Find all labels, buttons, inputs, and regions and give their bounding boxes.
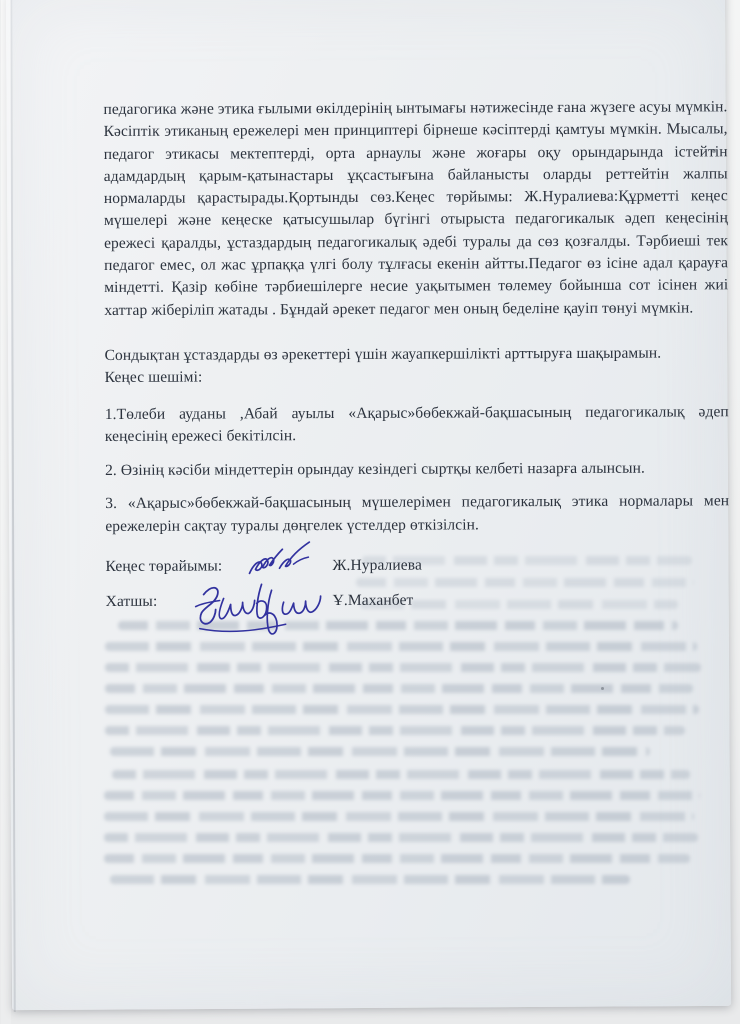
- bleedthrough-line: [105, 705, 699, 714]
- bleedthrough-line: [104, 833, 698, 842]
- paper-speck: [601, 687, 604, 690]
- resolution-intro: Сондықтан ұстаздарды өз әрекеттері үшін …: [105, 342, 729, 367]
- signature-role-chair: Кеңес төрайымы:: [105, 556, 222, 579]
- decision-item-3: 3. «Ақарыс»бөбекжай-бақшасының мүшелерім…: [105, 491, 729, 538]
- signature-block: Кеңес төрайымы: Ж.Нуралиева Хатшы:: [105, 553, 729, 626]
- signature-row-secretary: Хатшы: Ұ.Маханбет: [106, 588, 730, 626]
- bleedthrough-line: [112, 770, 690, 779]
- signature-name-secretary: Ұ.Маханбет: [333, 590, 414, 613]
- bleedthrough-line: [110, 875, 630, 884]
- decision-item-1: 1.Төлеби ауданы ,Абай ауылы «Ақарыс»бөбе…: [105, 401, 729, 448]
- bleedthrough-line: [105, 663, 701, 672]
- paper-left-edge-highlight: [1, 0, 11, 1024]
- bleedthrough-line: [105, 684, 693, 693]
- bleedthrough-line: [104, 791, 700, 800]
- document-content: педагогика және этика ғылыми өкілдерінің…: [103, 0, 730, 626]
- bleedthrough-line: [104, 854, 690, 863]
- signature-row-chair: Кеңес төрайымы: Ж.Нуралиева: [105, 553, 729, 591]
- chair-signature-ink: [243, 537, 327, 585]
- bleedthrough-line: [105, 642, 697, 651]
- body-paragraph: педагогика және этика ғылыми өкілдерінің…: [103, 0, 728, 322]
- bleedthrough-line: [110, 747, 650, 756]
- document-photo: педагогика және этика ғылыми өкілдерінің…: [0, 0, 740, 1024]
- bleedthrough-line: [104, 812, 694, 821]
- signature-name-chair: Ж.Нуралиева: [332, 555, 422, 578]
- bleedthrough-line: [105, 726, 685, 735]
- resolution-heading: Кеңес шешімі:: [105, 365, 729, 390]
- signature-role-secretary: Хатшы:: [106, 591, 158, 614]
- decision-item-2: 2. Өзінің кәсіби міндеттерін орындау кез…: [105, 457, 729, 482]
